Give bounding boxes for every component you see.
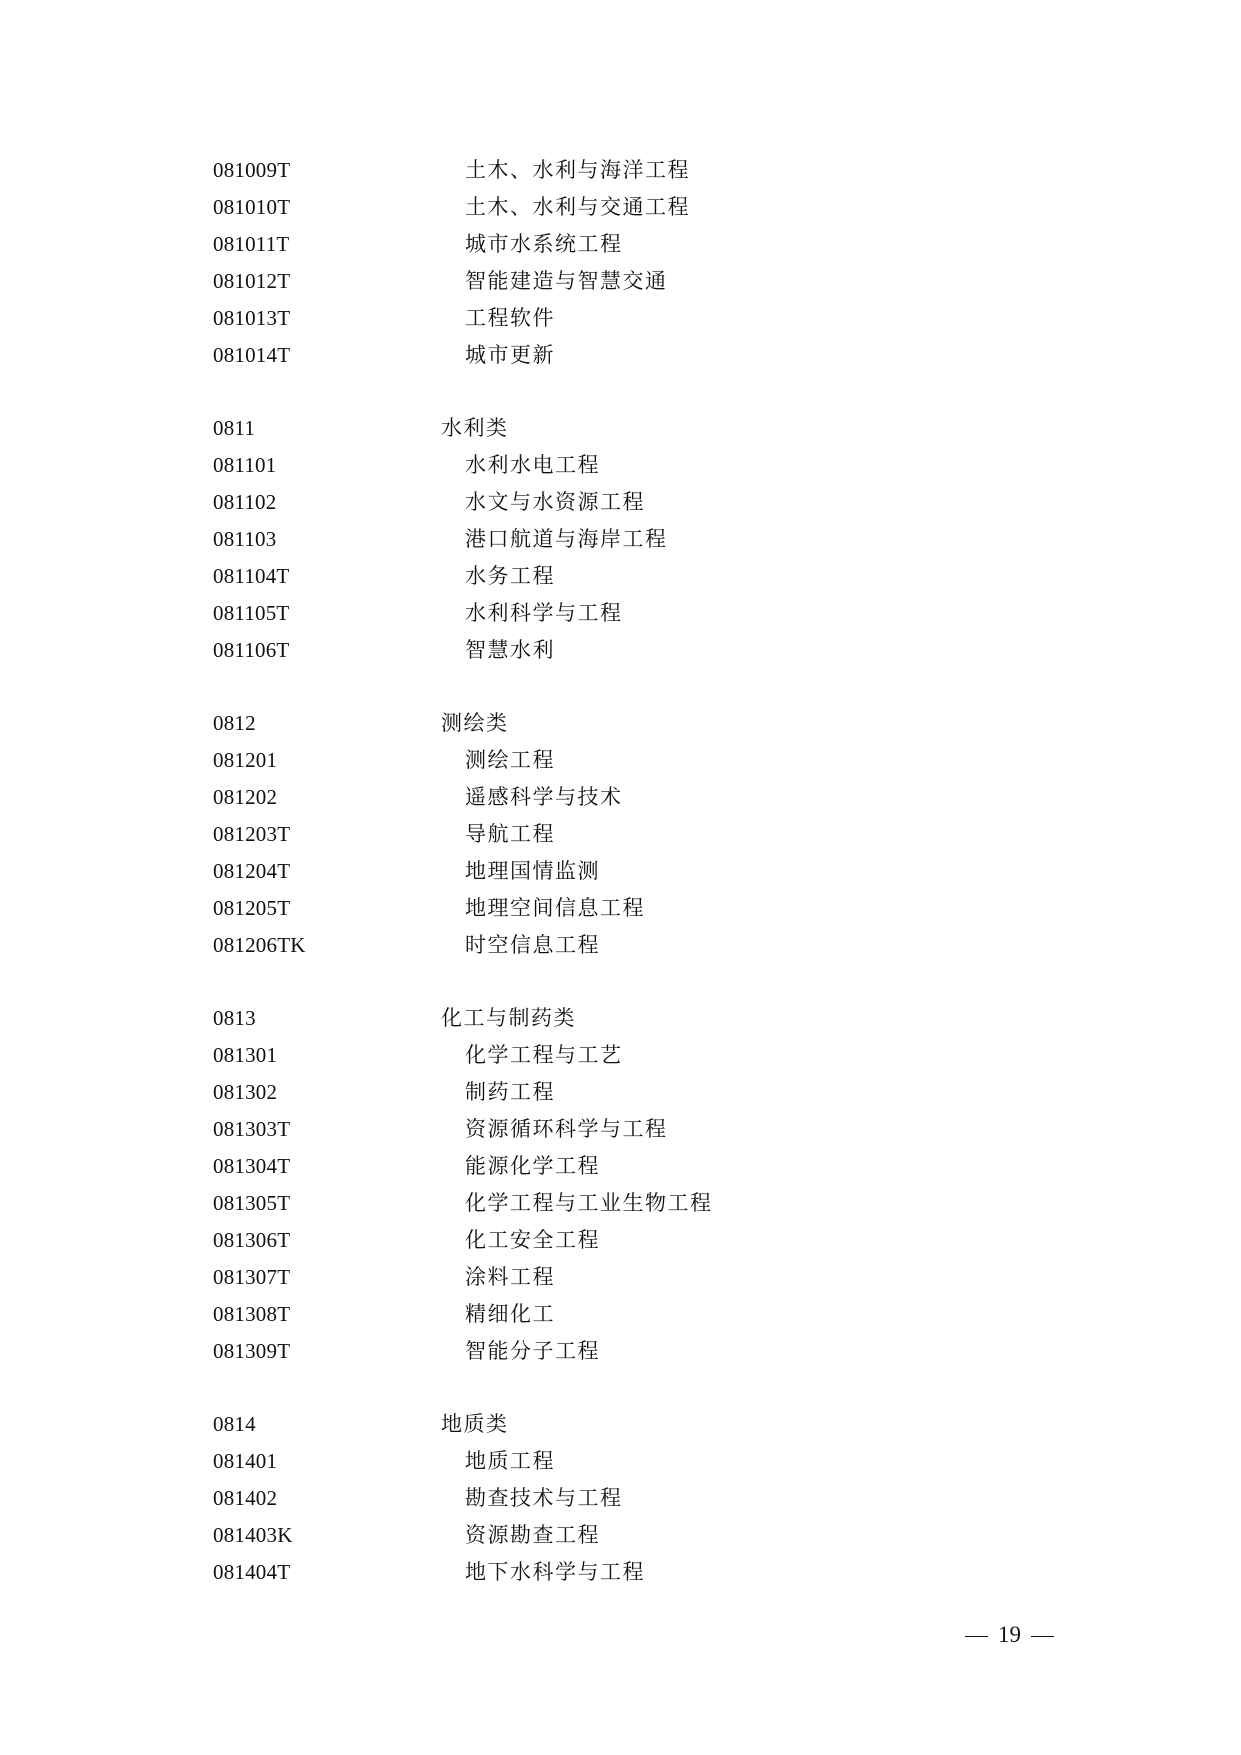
major-row: 081303T资源循环科学与工程 — [0, 1111, 1241, 1148]
major-name: 土木、水利与海洋工程 — [465, 152, 690, 189]
major-name: 化工安全工程 — [465, 1222, 600, 1259]
major-name: 测绘工程 — [465, 742, 555, 779]
major-code: 081401 — [213, 1443, 277, 1480]
major-row: 081309T智能分子工程 — [0, 1333, 1241, 1370]
major-row: 081307T涂料工程 — [0, 1259, 1241, 1296]
major-group: 0811水利类081101水利水电工程081102水文与水资源工程081103港… — [0, 410, 1241, 669]
major-name: 地理空间信息工程 — [465, 890, 645, 927]
major-name: 城市水系统工程 — [465, 226, 623, 263]
major-name: 地质工程 — [465, 1443, 555, 1480]
major-group: 0814地质类081401地质工程081402勘查技术与工程081403K资源勘… — [0, 1406, 1241, 1591]
category-name: 化工与制药类 — [441, 1000, 576, 1037]
major-name: 导航工程 — [465, 816, 555, 853]
major-code: 081403K — [213, 1517, 293, 1554]
major-name: 资源循环科学与工程 — [465, 1111, 668, 1148]
major-row: 081202遥感科学与技术 — [0, 779, 1241, 816]
major-code: 081203T — [213, 816, 290, 853]
major-code: 081301 — [213, 1037, 277, 1074]
major-code: 081302 — [213, 1074, 277, 1111]
category-name: 水利类 — [441, 410, 509, 447]
major-name: 遥感科学与技术 — [465, 779, 623, 816]
major-code: 081205T — [213, 890, 290, 927]
major-row: 081206TK时空信息工程 — [0, 927, 1241, 964]
right-dash-decoration — [1031, 1636, 1054, 1637]
major-row: 081305T化学工程与工业生物工程 — [0, 1185, 1241, 1222]
major-name: 港口航道与海岸工程 — [465, 521, 668, 558]
major-row: 081204T地理国情监测 — [0, 853, 1241, 890]
major-group: 0813化工与制药类081301化学工程与工艺081302制药工程081303T… — [0, 1000, 1241, 1370]
major-row: 081306T化工安全工程 — [0, 1222, 1241, 1259]
major-row: 081009T土木、水利与海洋工程 — [0, 152, 1241, 189]
major-row: 081403K资源勘查工程 — [0, 1517, 1241, 1554]
major-code: 081011T — [213, 226, 289, 263]
major-code: 081009T — [213, 152, 290, 189]
category-name: 测绘类 — [441, 705, 509, 742]
major-name: 地理国情监测 — [465, 853, 600, 890]
major-code: 081014T — [213, 337, 290, 374]
major-row: 081104T水务工程 — [0, 558, 1241, 595]
major-code: 081012T — [213, 263, 290, 300]
major-code: 081102 — [213, 484, 276, 521]
major-name: 涂料工程 — [465, 1259, 555, 1296]
major-row: 081013T工程软件 — [0, 300, 1241, 337]
major-row: 081302制药工程 — [0, 1074, 1241, 1111]
major-row: 081402勘查技术与工程 — [0, 1480, 1241, 1517]
major-name: 城市更新 — [465, 337, 555, 374]
major-code: 081010T — [213, 189, 290, 226]
major-name: 水利科学与工程 — [465, 595, 623, 632]
major-code: 081309T — [213, 1333, 290, 1370]
major-row: 081404T地下水科学与工程 — [0, 1554, 1241, 1591]
page-number: 19 — [955, 1621, 1055, 1649]
major-row: 081401地质工程 — [0, 1443, 1241, 1480]
major-code: 081103 — [213, 521, 276, 558]
page-number-value: 19 — [998, 1622, 1021, 1647]
major-row: 081103港口航道与海岸工程 — [0, 521, 1241, 558]
major-code: 081303T — [213, 1111, 290, 1148]
major-name: 时空信息工程 — [465, 927, 600, 964]
major-code: 081306T — [213, 1222, 290, 1259]
major-name: 精细化工 — [465, 1296, 555, 1333]
left-dash-decoration — [965, 1636, 988, 1637]
category-code: 0812 — [213, 705, 256, 742]
major-row: 081011T城市水系统工程 — [0, 226, 1241, 263]
major-group: 0812测绘类081201测绘工程081202遥感科学与技术081203T导航工… — [0, 705, 1241, 964]
major-row: 081014T城市更新 — [0, 337, 1241, 374]
major-row: 081010T土木、水利与交通工程 — [0, 189, 1241, 226]
major-name: 化学工程与工艺 — [465, 1037, 623, 1074]
major-name: 土木、水利与交通工程 — [465, 189, 690, 226]
major-code: 081305T — [213, 1185, 290, 1222]
major-name: 水文与水资源工程 — [465, 484, 645, 521]
major-code: 081104T — [213, 558, 289, 595]
major-group: 081009T土木、水利与海洋工程081010T土木、水利与交通工程081011… — [0, 152, 1241, 374]
category-name: 地质类 — [441, 1406, 509, 1443]
major-row: 081012T智能建造与智慧交通 — [0, 263, 1241, 300]
category-code: 0814 — [213, 1406, 256, 1443]
category-row: 0812测绘类 — [0, 705, 1241, 742]
category-code: 0811 — [213, 410, 255, 447]
major-row: 081106T智慧水利 — [0, 632, 1241, 669]
major-name: 化学工程与工业生物工程 — [465, 1185, 713, 1222]
major-code: 081206TK — [213, 927, 306, 964]
major-code: 081101 — [213, 447, 276, 484]
major-code: 081304T — [213, 1148, 290, 1185]
major-row: 081201测绘工程 — [0, 742, 1241, 779]
category-row: 0813化工与制药类 — [0, 1000, 1241, 1037]
major-row: 081102水文与水资源工程 — [0, 484, 1241, 521]
major-row: 081105T水利科学与工程 — [0, 595, 1241, 632]
major-code: 081308T — [213, 1296, 290, 1333]
major-name: 勘查技术与工程 — [465, 1480, 623, 1517]
major-code: 081201 — [213, 742, 277, 779]
major-code: 081013T — [213, 300, 290, 337]
category-code: 0813 — [213, 1000, 256, 1037]
major-code: 081402 — [213, 1480, 277, 1517]
major-name: 智慧水利 — [465, 632, 555, 669]
major-code: 081307T — [213, 1259, 290, 1296]
major-name: 水务工程 — [465, 558, 555, 595]
major-code: 081404T — [213, 1554, 290, 1591]
major-row: 081301化学工程与工艺 — [0, 1037, 1241, 1074]
major-row: 081304T能源化学工程 — [0, 1148, 1241, 1185]
major-name: 制药工程 — [465, 1074, 555, 1111]
major-code: 081106T — [213, 632, 289, 669]
major-code: 081204T — [213, 853, 290, 890]
major-row: 081101水利水电工程 — [0, 447, 1241, 484]
major-name: 智能分子工程 — [465, 1333, 600, 1370]
major-code: 081105T — [213, 595, 289, 632]
major-name: 水利水电工程 — [465, 447, 600, 484]
major-name: 智能建造与智慧交通 — [465, 263, 668, 300]
major-code: 081202 — [213, 779, 277, 816]
major-row: 081203T导航工程 — [0, 816, 1241, 853]
major-name: 地下水科学与工程 — [465, 1554, 645, 1591]
major-name: 能源化学工程 — [465, 1148, 600, 1185]
major-row: 081205T地理空间信息工程 — [0, 890, 1241, 927]
major-name: 资源勘查工程 — [465, 1517, 600, 1554]
category-row: 0814地质类 — [0, 1406, 1241, 1443]
major-row: 081308T精细化工 — [0, 1296, 1241, 1333]
major-name: 工程软件 — [465, 300, 555, 337]
category-row: 0811水利类 — [0, 410, 1241, 447]
major-catalog-list: 081009T土木、水利与海洋工程081010T土木、水利与交通工程081011… — [0, 152, 1241, 1591]
